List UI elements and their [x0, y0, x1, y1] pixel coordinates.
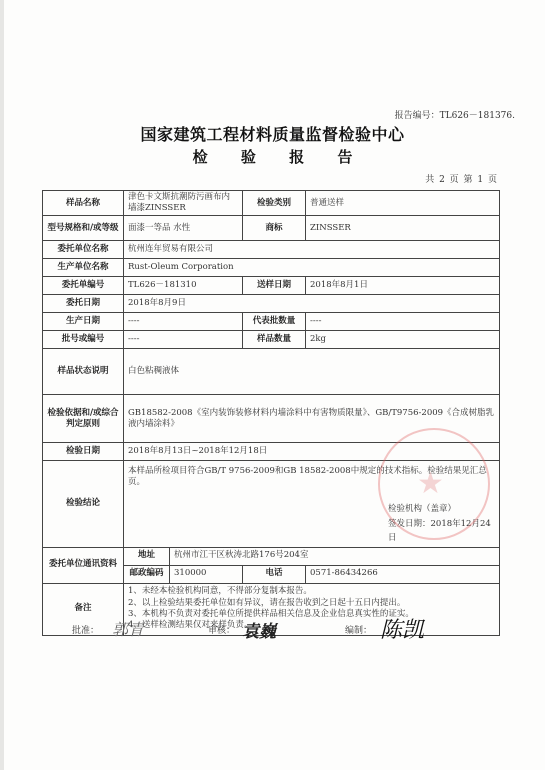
conclusion-text: 本样品所检项目符合GB/T 9756-2009和GB 18582-2008中规定…	[128, 462, 495, 488]
order-date-value: 2018年8月9日	[124, 295, 500, 313]
order-date-label: 委托日期	[43, 295, 124, 313]
basis-label: 检验依据和/或综合判定原则	[43, 395, 124, 443]
row-sample-state: 样品状态说明 白色粘稠液体	[43, 349, 500, 395]
row-order-no: 委托单编号 TL626－181310 送样日期 2018年8月1日	[43, 277, 500, 295]
report-number: 报告编号：TL626－181376.	[395, 108, 515, 121]
row-address: 委托单位通讯资料 地址 杭州市江干区秋涛北路176号204室	[43, 547, 500, 565]
phone-label: 电话	[243, 565, 306, 583]
postcode-label: 邮政编码	[124, 565, 170, 583]
production-date-value: ----	[124, 313, 243, 331]
conclusion-label: 检验结论	[43, 461, 124, 547]
client-value: 杭州连年贸易有限公司	[124, 241, 500, 259]
row-conclusion: 检验结论 本样品所检项目符合GB/T 9756-2009和GB 18582-20…	[43, 461, 500, 547]
row-order-date: 委托日期 2018年8月9日	[43, 295, 500, 313]
conclusion-cell: 本样品所检项目符合GB/T 9756-2009和GB 18582-2008中规定…	[124, 461, 500, 547]
review-label: 审核：	[208, 623, 235, 636]
approve-label: 批准：	[72, 623, 99, 636]
org-seal: 检验机构（盖章）	[388, 502, 495, 516]
model-value: 面漆一等品 水性	[124, 216, 243, 241]
sample-qty-value: 2kg	[306, 331, 500, 349]
sample-name-label: 样品名称	[43, 191, 124, 216]
remark-item: 1、未经本检验机构同意，不得部分复制本报告。	[128, 586, 495, 597]
remarks-list: 1、未经本检验机构同意，不得部分复制本报告。 2、以上检验结果委托单位如有异议，…	[124, 583, 500, 635]
address-value: 杭州市江干区秋涛北路176号204室	[170, 547, 500, 565]
remark-item: 3、本机构不负责对委托单位所提供样品相关信息及企业信息真实性的证实。	[128, 609, 495, 620]
test-date-value: 2018年8月13日~2018年12月18日	[124, 443, 500, 461]
scan-edge	[0, 0, 4, 770]
institution-title: 国家建筑工程材料质量监督检验中心	[0, 122, 545, 145]
basis-value: GB18582-2008《室内装饰装修材料内墙涂料中有害物质限量》、GB/T97…	[124, 395, 500, 443]
order-no-label: 委托单编号	[43, 277, 124, 295]
manufacturer-label: 生产单位名称	[43, 259, 124, 277]
row-batch-no: 批号或编号 ---- 样品数量 2kg	[43, 331, 500, 349]
address-label: 地址	[124, 547, 170, 565]
compile-signature: 陈凯	[380, 613, 424, 644]
batch-qty-value: ----	[306, 313, 500, 331]
review-signature: 袁巍	[242, 617, 276, 642]
brand-value: ZINSSER	[306, 216, 500, 241]
remark-item: 2、以上检验结果委托单位如有异议，请在报告收到之日起十五日内提出。	[128, 598, 495, 609]
production-date-label: 生产日期	[43, 313, 124, 331]
state-value: 白色粘稠液体	[124, 349, 500, 395]
contact-label: 委托单位通讯资料	[43, 547, 124, 583]
document-title: 检 验 报 告	[0, 146, 545, 167]
sample-name-value: 津色卡文斯抗潮防污画布内墙漆ZINSSER	[124, 191, 243, 216]
order-no-value: TL626－181310	[124, 277, 243, 295]
row-sample-name: 样品名称 津色卡文斯抗潮防污画布内墙漆ZINSSER 检验类别 普通送样	[43, 191, 500, 216]
issue-date: 签发日期：2018年12月24日	[388, 517, 495, 546]
row-manufacturer: 生产单位名称 Rust-Oleum Corporation	[43, 259, 500, 277]
report-table: 样品名称 津色卡文斯抗潮防污画布内墙漆ZINSSER 检验类别 普通送样 型号规…	[42, 190, 500, 636]
row-client: 委托单位名称 杭州连年贸易有限公司	[43, 241, 500, 259]
test-date-label: 检验日期	[43, 443, 124, 461]
page-indicator: 共 2 页 第 1 页	[425, 172, 497, 185]
test-type-label: 检验类别	[243, 191, 306, 216]
row-model: 型号规格和/或等级 面漆一等品 水性 商标 ZINSSER	[43, 216, 500, 241]
row-production-date: 生产日期 ---- 代表批数量 ----	[43, 313, 500, 331]
brand-label: 商标	[243, 216, 306, 241]
delivery-date-label: 送样日期	[243, 277, 306, 295]
manufacturer-value: Rust-Oleum Corporation	[124, 259, 500, 277]
compile-label: 编制：	[345, 623, 372, 636]
delivery-date-value: 2018年8月1日	[306, 277, 500, 295]
issue-block: 检验机构（盖章） 签发日期：2018年12月24日	[388, 502, 495, 545]
batch-no-label: 批号或编号	[43, 331, 124, 349]
approve-signature: 郭青	[112, 617, 144, 640]
client-label: 委托单位名称	[43, 241, 124, 259]
row-basis: 检验依据和/或综合判定原则 GB18582-2008《室内装饰装修材料内墙涂料中…	[43, 395, 500, 443]
remark-item: 4、送样检测结果仅对来样负责。	[128, 620, 495, 631]
batch-qty-label: 代表批数量	[243, 313, 306, 331]
test-type-value: 普通送样	[306, 191, 500, 216]
phone-value: 0571-86434266	[306, 565, 500, 583]
batch-no-value: ----	[124, 331, 243, 349]
row-test-date: 检验日期 2018年8月13日~2018年12月18日	[43, 443, 500, 461]
state-label: 样品状态说明	[43, 349, 124, 395]
sample-qty-label: 样品数量	[243, 331, 306, 349]
postcode-value: 310000	[170, 565, 243, 583]
model-label: 型号规格和/或等级	[43, 216, 124, 241]
